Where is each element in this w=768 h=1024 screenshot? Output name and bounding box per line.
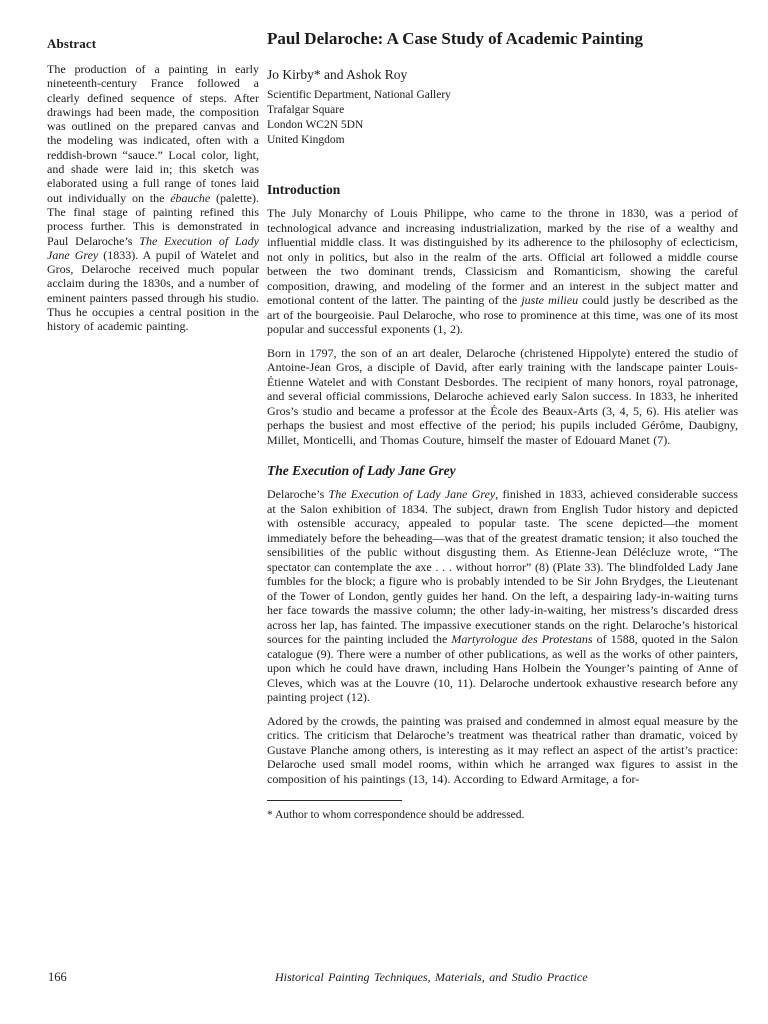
footnote-block: * Author to whom correspondence should b… xyxy=(267,800,738,822)
article-column: Paul Delaroche: A Case Study of Academic… xyxy=(267,28,738,822)
affiliation-line: Scientific Department, National Gallery xyxy=(267,88,738,103)
running-title: Historical Painting Techniques, Material… xyxy=(275,970,588,985)
section-heading-execution: The Execution of Lady Jane Grey xyxy=(267,463,738,479)
footnote-text: * Author to whom correspondence should b… xyxy=(267,808,738,822)
page-footer: 166 Historical Painting Techniques, Mate… xyxy=(0,970,768,990)
affiliation-line: United Kingdom xyxy=(267,133,738,148)
paragraph: The July Monarchy of Louis Philippe, who… xyxy=(267,206,738,337)
page-columns: Abstract The production of a painting in… xyxy=(47,28,738,822)
page-number: 166 xyxy=(48,970,67,985)
section-heading-introduction: Introduction xyxy=(267,182,738,198)
footnote-rule xyxy=(267,800,402,801)
affiliation-line: Trafalgar Square xyxy=(267,103,738,118)
paragraph: Adored by the crowds, the painting was p… xyxy=(267,714,738,787)
paragraph: Delaroche’s The Execution of Lady Jane G… xyxy=(267,487,738,705)
article-affiliation: Scientific Department, National Gallery … xyxy=(267,88,738,148)
document-page: Abstract The production of a painting in… xyxy=(0,0,768,1024)
abstract-heading: Abstract xyxy=(47,36,259,52)
paragraph: Born in 1797, the son of an art dealer, … xyxy=(267,346,738,448)
article-title: Paul Delaroche: A Case Study of Academic… xyxy=(267,28,738,50)
article-authors: Jo Kirby* and Ashok Roy xyxy=(267,66,738,83)
abstract-column: Abstract The production of a painting in… xyxy=(47,28,259,822)
abstract-body: The production of a painting in early ni… xyxy=(47,62,259,334)
affiliation-line: London WC2N 5DN xyxy=(267,118,738,133)
